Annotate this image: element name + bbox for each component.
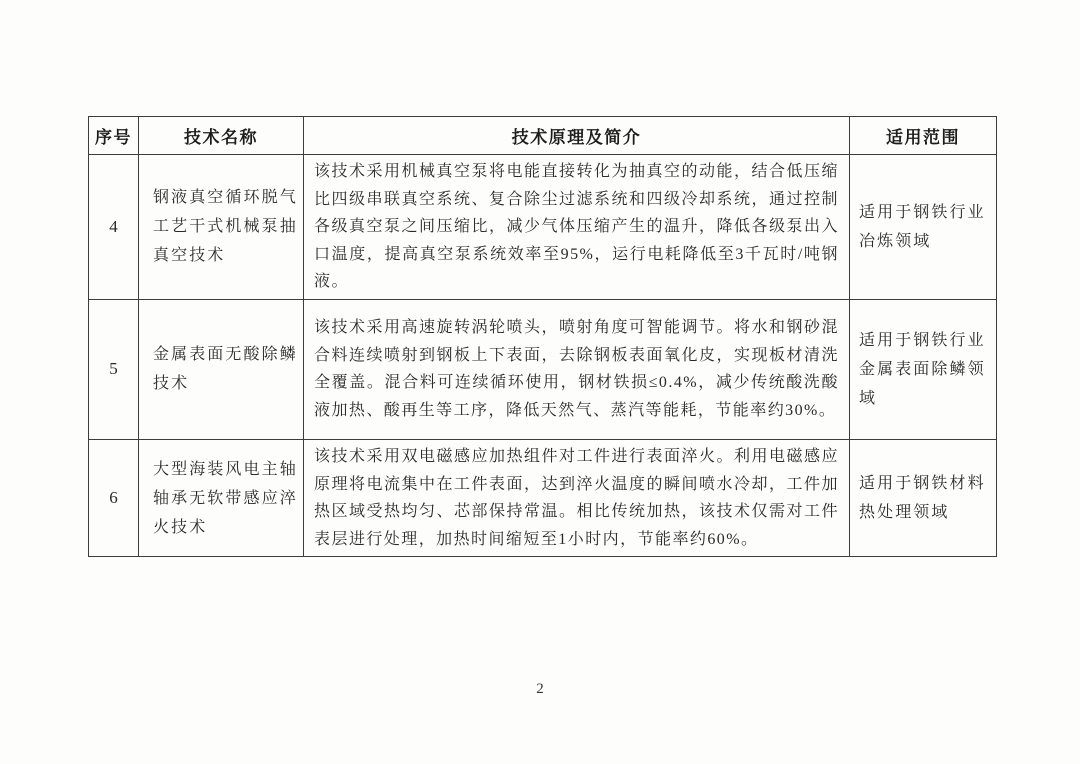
technology-table: 序号 技术名称 技术原理及简介 适用范围 4 钢液真空循环脱气工艺干式机械泵抽真… bbox=[88, 116, 997, 557]
page-number: 2 bbox=[0, 681, 1080, 698]
column-header-description: 技术原理及简介 bbox=[304, 117, 850, 155]
cell-serial-number: 4 bbox=[89, 155, 139, 300]
column-header-serial: 序号 bbox=[89, 117, 139, 155]
cell-scope: 适用于钢铁材料热处理领域 bbox=[850, 439, 997, 556]
cell-serial-number: 6 bbox=[89, 439, 139, 556]
cell-description: 该技术采用机械真空泵将电能直接转化为抽真空的动能，结合低压缩比四级串联真空系统、… bbox=[304, 155, 850, 300]
cell-description: 该技术采用双电磁感应加热组件对工件进行表面淬火。利用电磁感应原理将电流集中在工件… bbox=[304, 439, 850, 556]
column-header-scope: 适用范围 bbox=[850, 117, 997, 155]
table-header-row: 序号 技术名称 技术原理及简介 适用范围 bbox=[89, 117, 997, 155]
document-page: 序号 技术名称 技术原理及简介 适用范围 4 钢液真空循环脱气工艺干式机械泵抽真… bbox=[0, 0, 1080, 764]
cell-tech-name: 钢液真空循环脱气工艺干式机械泵抽真空技术 bbox=[139, 155, 304, 300]
table-row: 5 金属表面无酸除鳞技术 该技术采用高速旋转涡轮喷头，喷射角度可智能调节。将水和… bbox=[89, 299, 997, 439]
cell-tech-name: 大型海装风电主轴轴承无软带感应淬火技术 bbox=[139, 439, 304, 556]
table-row: 6 大型海装风电主轴轴承无软带感应淬火技术 该技术采用双电磁感应加热组件对工件进… bbox=[89, 439, 997, 556]
cell-description: 该技术采用高速旋转涡轮喷头，喷射角度可智能调节。将水和钢砂混合料连续喷射到钢板上… bbox=[304, 299, 850, 439]
cell-scope: 适用于钢铁行业冶炼领域 bbox=[850, 155, 997, 300]
column-header-tech-name: 技术名称 bbox=[139, 117, 304, 155]
cell-scope: 适用于钢铁行业金属表面除鳞领域 bbox=[850, 299, 997, 439]
cell-serial-number: 5 bbox=[89, 299, 139, 439]
cell-tech-name: 金属表面无酸除鳞技术 bbox=[139, 299, 304, 439]
table-row: 4 钢液真空循环脱气工艺干式机械泵抽真空技术 该技术采用机械真空泵将电能直接转化… bbox=[89, 155, 997, 300]
